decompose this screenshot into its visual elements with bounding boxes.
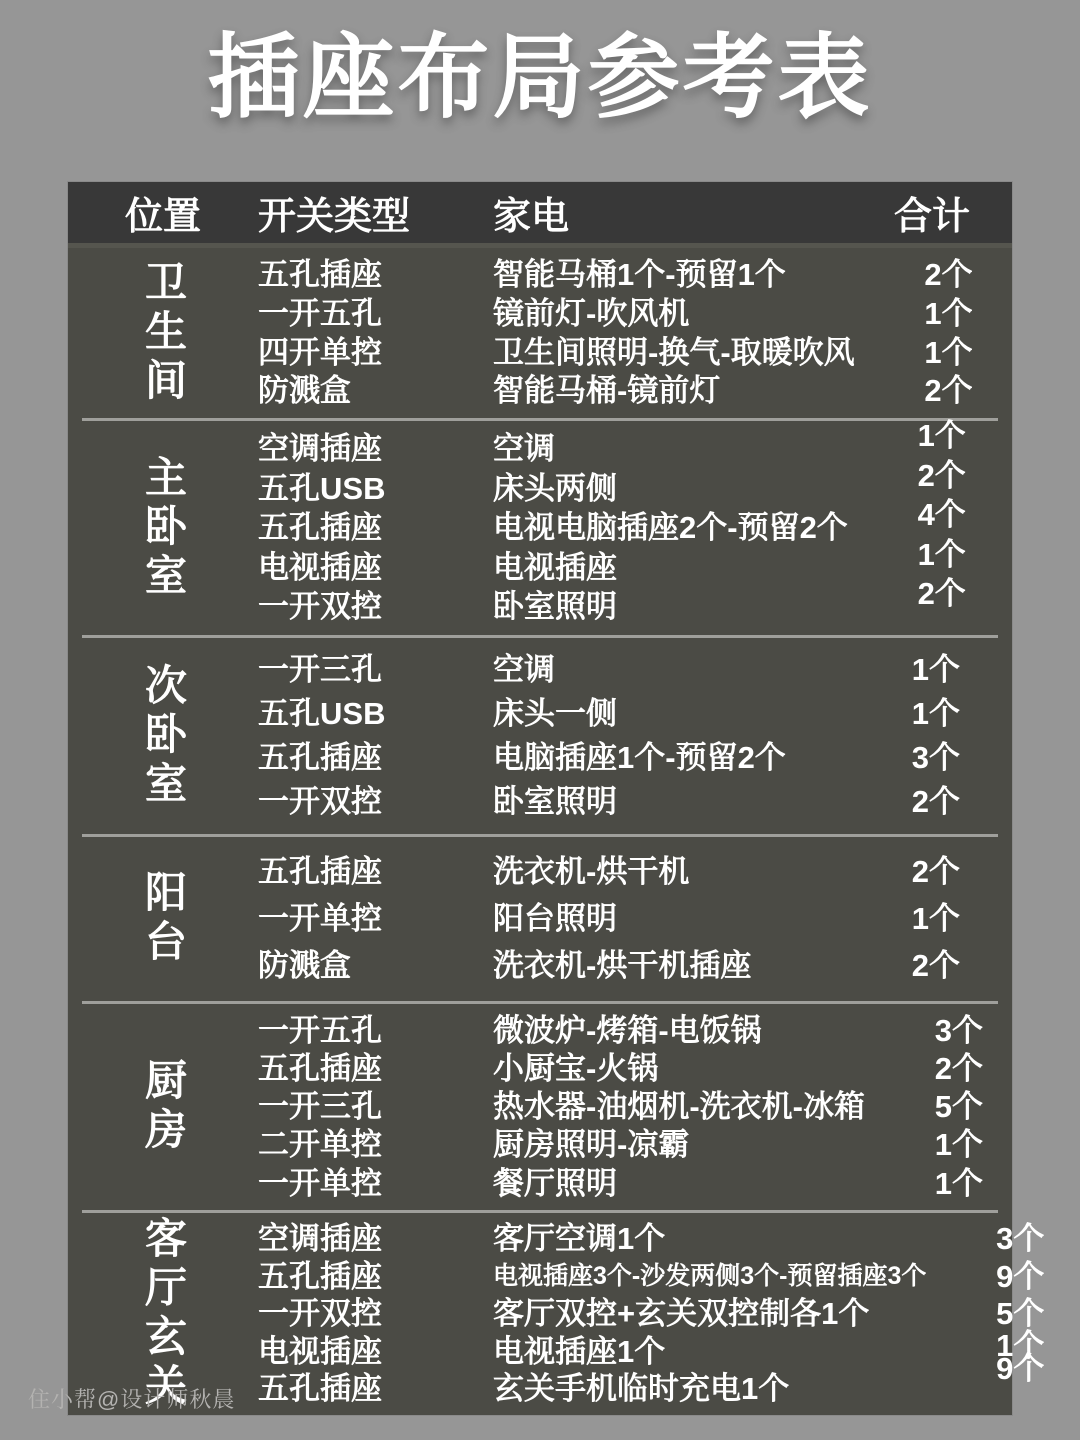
switch-type-cell: 一开双控	[258, 784, 493, 820]
table-row: 一开单控阳台照明1个	[258, 901, 1012, 937]
switch-type-cell: 一开单控	[258, 901, 493, 937]
table-row: 一开三孔热水器-油烟机-洗衣机-冰箱5个	[258, 1089, 1035, 1125]
switch-type-cell: 一开五孔	[258, 296, 493, 332]
switch-type-cell: 五孔插座	[258, 740, 493, 776]
switch-type-cell: 五孔插座	[258, 854, 493, 890]
appliance-cell: 卫生间照明-换气-取暖吹风	[493, 335, 855, 371]
total-cell: 1个	[842, 696, 1012, 732]
table-row: 五孔插座小厨宝-火锅2个	[258, 1051, 1035, 1087]
switch-type-cell: 一开三孔	[258, 652, 493, 688]
switch-type-cell: 空调插座	[258, 1221, 493, 1257]
switch-type-cell: 五孔插座	[258, 510, 493, 546]
total-cell: 9个	[926, 1351, 1080, 1387]
appliance-cell: 微波炉-烤箱-电饭锅	[493, 1013, 865, 1049]
switch-type-cell: 五孔插座	[258, 1051, 493, 1087]
section-label: 次卧室	[142, 663, 184, 810]
table-row: 五孔插座电脑插座1个-预留2个3个	[258, 740, 1012, 776]
total-cell: 2个	[865, 1051, 1035, 1087]
total-cell: 2个	[848, 576, 1018, 612]
total-cell: 3个	[842, 740, 1012, 776]
total-cell: 2个	[855, 373, 1025, 409]
table-row: 一开单控餐厅照明1个	[258, 1166, 1035, 1202]
appliance-cell: 智能马桶-镜前灯	[493, 373, 855, 409]
switch-type-cell: 五孔USB	[258, 696, 493, 732]
total-cell: 1个	[842, 901, 1012, 937]
table-section: 次卧室一开三孔空调1个五孔USB床头一侧1个五孔插座电脑插座1个-预留2个3个一…	[68, 638, 1012, 834]
appliance-cell: 床头一侧	[493, 696, 842, 732]
switch-type-cell: 一开五孔	[258, 1013, 493, 1049]
switch-type-cell: 电视插座	[258, 550, 493, 586]
column-header-total: 合计	[842, 185, 1012, 240]
table-row: 防溅盒智能马桶-镜前灯2个	[258, 373, 1025, 409]
switch-type-cell: 防溅盒	[258, 373, 493, 409]
appliance-cell: 电脑插座1个-预留2个	[493, 740, 842, 776]
table-header-row: 位置 开关类型 家电 合计	[68, 182, 1012, 248]
appliance-cell: 电视插座	[493, 550, 848, 586]
total-cell: 1个	[842, 652, 1012, 688]
appliance-cell: 床头两侧	[493, 471, 848, 507]
total-cell: 1个	[855, 296, 1025, 332]
total-cell: 5个	[926, 1296, 1080, 1332]
table-section: 厨房一开五孔微波炉-烤箱-电饭锅3个五孔插座小厨宝-火锅2个一开三孔热水器-油烟…	[68, 1004, 1012, 1210]
table-sections: 卫生间五孔插座智能马桶1个-预留1个2个一开五孔镜前灯-吹风机1个四开单控卫生间…	[68, 248, 1012, 1415]
table-row: 一开双控卧室照明2个	[258, 589, 1018, 625]
section-rows: 空调插座空调1个五孔USB床头两侧2个五孔插座电视电脑插座2个-预留2个4个电视…	[258, 421, 1018, 635]
switch-type-cell: 五孔插座	[258, 1371, 493, 1407]
table-row: 一开三孔空调1个	[258, 652, 1012, 688]
section-label: 阳台	[142, 870, 184, 968]
switch-type-cell: 一开双控	[258, 589, 493, 625]
appliance-cell: 镜前灯-吹风机	[493, 296, 855, 332]
total-cell: 3个	[926, 1221, 1080, 1257]
appliance-cell: 智能马桶1个-预留1个	[493, 257, 855, 293]
socket-layout-table: 位置 开关类型 家电 合计 卫生间五孔插座智能马桶1个-预留1个2个一开五孔镜前…	[68, 182, 1012, 1415]
switch-type-cell: 防溅盒	[258, 948, 493, 984]
total-cell: 3个	[865, 1013, 1035, 1049]
column-header-appliance: 家电	[493, 185, 842, 240]
watermark: 住小帮@设计师秋晨	[28, 1383, 235, 1414]
appliance-cell: 空调	[493, 652, 842, 688]
switch-type-cell: 一开单控	[258, 1166, 493, 1202]
appliance-cell: 洗衣机-烘干机	[493, 854, 842, 890]
total-cell: 4个	[848, 497, 1018, 533]
switch-type-cell: 五孔插座	[258, 1259, 493, 1295]
total-cell: 1个	[848, 418, 1018, 454]
section-rows: 一开三孔空调1个五孔USB床头一侧1个五孔插座电脑插座1个-预留2个3个一开双控…	[258, 638, 1012, 834]
table-row: 二开单控厨房照明-凉霸1个	[258, 1127, 1035, 1163]
total-cell: 1个	[855, 335, 1025, 371]
table-row: 四开单控卫生间照明-换气-取暖吹风1个	[258, 335, 1025, 371]
total-cell: 1个	[865, 1127, 1035, 1163]
appliance-cell: 玄关手机临时充电1个	[493, 1371, 926, 1407]
total-cell: 2个	[842, 784, 1012, 820]
table-row: 防溅盒洗衣机-烘干机插座2个	[258, 948, 1012, 984]
appliance-cell: 客厅双控+玄关双控制各1个	[493, 1296, 926, 1332]
table-row: 五孔插座电视插座3个-沙发两侧3个-预留插座3个9个	[258, 1259, 1080, 1295]
table-section: 卫生间五孔插座智能马桶1个-预留1个2个一开五孔镜前灯-吹风机1个四开单控卫生间…	[68, 248, 1012, 418]
total-cell: 5个	[865, 1089, 1035, 1125]
total-cell: 9个	[926, 1259, 1080, 1295]
table-row: 一开双控卧室照明2个	[258, 784, 1012, 820]
appliance-cell: 电视插座1个	[493, 1334, 926, 1370]
appliance-cell: 厨房照明-凉霸	[493, 1127, 865, 1163]
section-rows: 空调插座客厅空调1个3个五孔插座电视插座3个-沙发两侧3个-预留插座3个9个一开…	[258, 1213, 1080, 1415]
table-section: 主卧室空调插座空调1个五孔USB床头两侧2个五孔插座电视电脑插座2个-预留2个4…	[68, 421, 1012, 635]
section-label: 主卧室	[142, 455, 184, 602]
table-row: 五孔插座洗衣机-烘干机2个	[258, 854, 1012, 890]
switch-type-cell: 二开单控	[258, 1127, 493, 1163]
table-row: 一开五孔微波炉-烤箱-电饭锅3个	[258, 1013, 1035, 1049]
infographic-page: 插座布局参考表 位置 开关类型 家电 合计 卫生间五孔插座智能马桶1个-预留1个…	[0, 0, 1080, 1440]
appliance-cell: 餐厅照明	[493, 1166, 865, 1202]
switch-type-cell: 空调插座	[258, 431, 493, 467]
section-rows: 一开五孔微波炉-烤箱-电饭锅3个五孔插座小厨宝-火锅2个一开三孔热水器-油烟机-…	[258, 1004, 1035, 1210]
table-section: 阳台五孔插座洗衣机-烘干机2个一开单控阳台照明1个防溅盒洗衣机-烘干机插座2个	[68, 837, 1012, 1001]
appliance-cell: 小厨宝-火锅	[493, 1051, 865, 1087]
table-row: 五孔插座智能马桶1个-预留1个2个	[258, 257, 1025, 293]
table-row: 空调插座客厅空调1个3个	[258, 1221, 1080, 1257]
section-label: 厨房	[142, 1058, 184, 1156]
appliance-cell: 洗衣机-烘干机插座	[493, 948, 842, 984]
switch-type-cell: 电视插座	[258, 1334, 493, 1370]
appliance-cell: 阳台照明	[493, 901, 842, 937]
section-rows: 五孔插座智能马桶1个-预留1个2个一开五孔镜前灯-吹风机1个四开单控卫生间照明-…	[258, 248, 1025, 418]
total-cell: 1个	[865, 1166, 1035, 1202]
switch-type-cell: 五孔插座	[258, 257, 493, 293]
total-cell: 2个	[842, 854, 1012, 890]
switch-type-cell: 五孔USB	[258, 471, 493, 507]
table-row: 一开双控客厅双控+玄关双控制各1个5个	[258, 1296, 1080, 1332]
switch-type-cell: 四开单控	[258, 335, 493, 371]
total-cell: 2个	[848, 458, 1018, 494]
table-row: 一开五孔镜前灯-吹风机1个	[258, 296, 1025, 332]
switch-type-cell: 一开三孔	[258, 1089, 493, 1125]
appliance-cell: 客厅空调1个	[493, 1221, 926, 1257]
section-rows: 五孔插座洗衣机-烘干机2个一开单控阳台照明1个防溅盒洗衣机-烘干机插座2个	[258, 837, 1012, 1001]
appliance-cell: 电视电脑插座2个-预留2个	[493, 510, 848, 546]
table-row: 五孔插座玄关手机临时充电1个9个	[258, 1371, 1080, 1407]
column-header-switch-type: 开关类型	[258, 185, 493, 240]
appliance-cell: 热水器-油烟机-洗衣机-冰箱	[493, 1089, 865, 1125]
appliance-cell: 卧室照明	[493, 589, 848, 625]
appliance-cell: 电视插座3个-沙发两侧3个-预留插座3个	[493, 1262, 926, 1291]
appliance-cell: 空调	[493, 431, 848, 467]
page-title: 插座布局参考表	[0, 0, 1080, 132]
column-header-location: 位置	[68, 185, 258, 240]
total-cell: 2个	[855, 257, 1025, 293]
table-row: 五孔USB床头一侧1个	[258, 696, 1012, 732]
appliance-cell: 卧室照明	[493, 784, 842, 820]
total-cell: 2个	[842, 948, 1012, 984]
section-label: 卫生间	[142, 260, 184, 407]
switch-type-cell: 一开双控	[258, 1296, 493, 1332]
total-cell: 1个	[848, 537, 1018, 573]
